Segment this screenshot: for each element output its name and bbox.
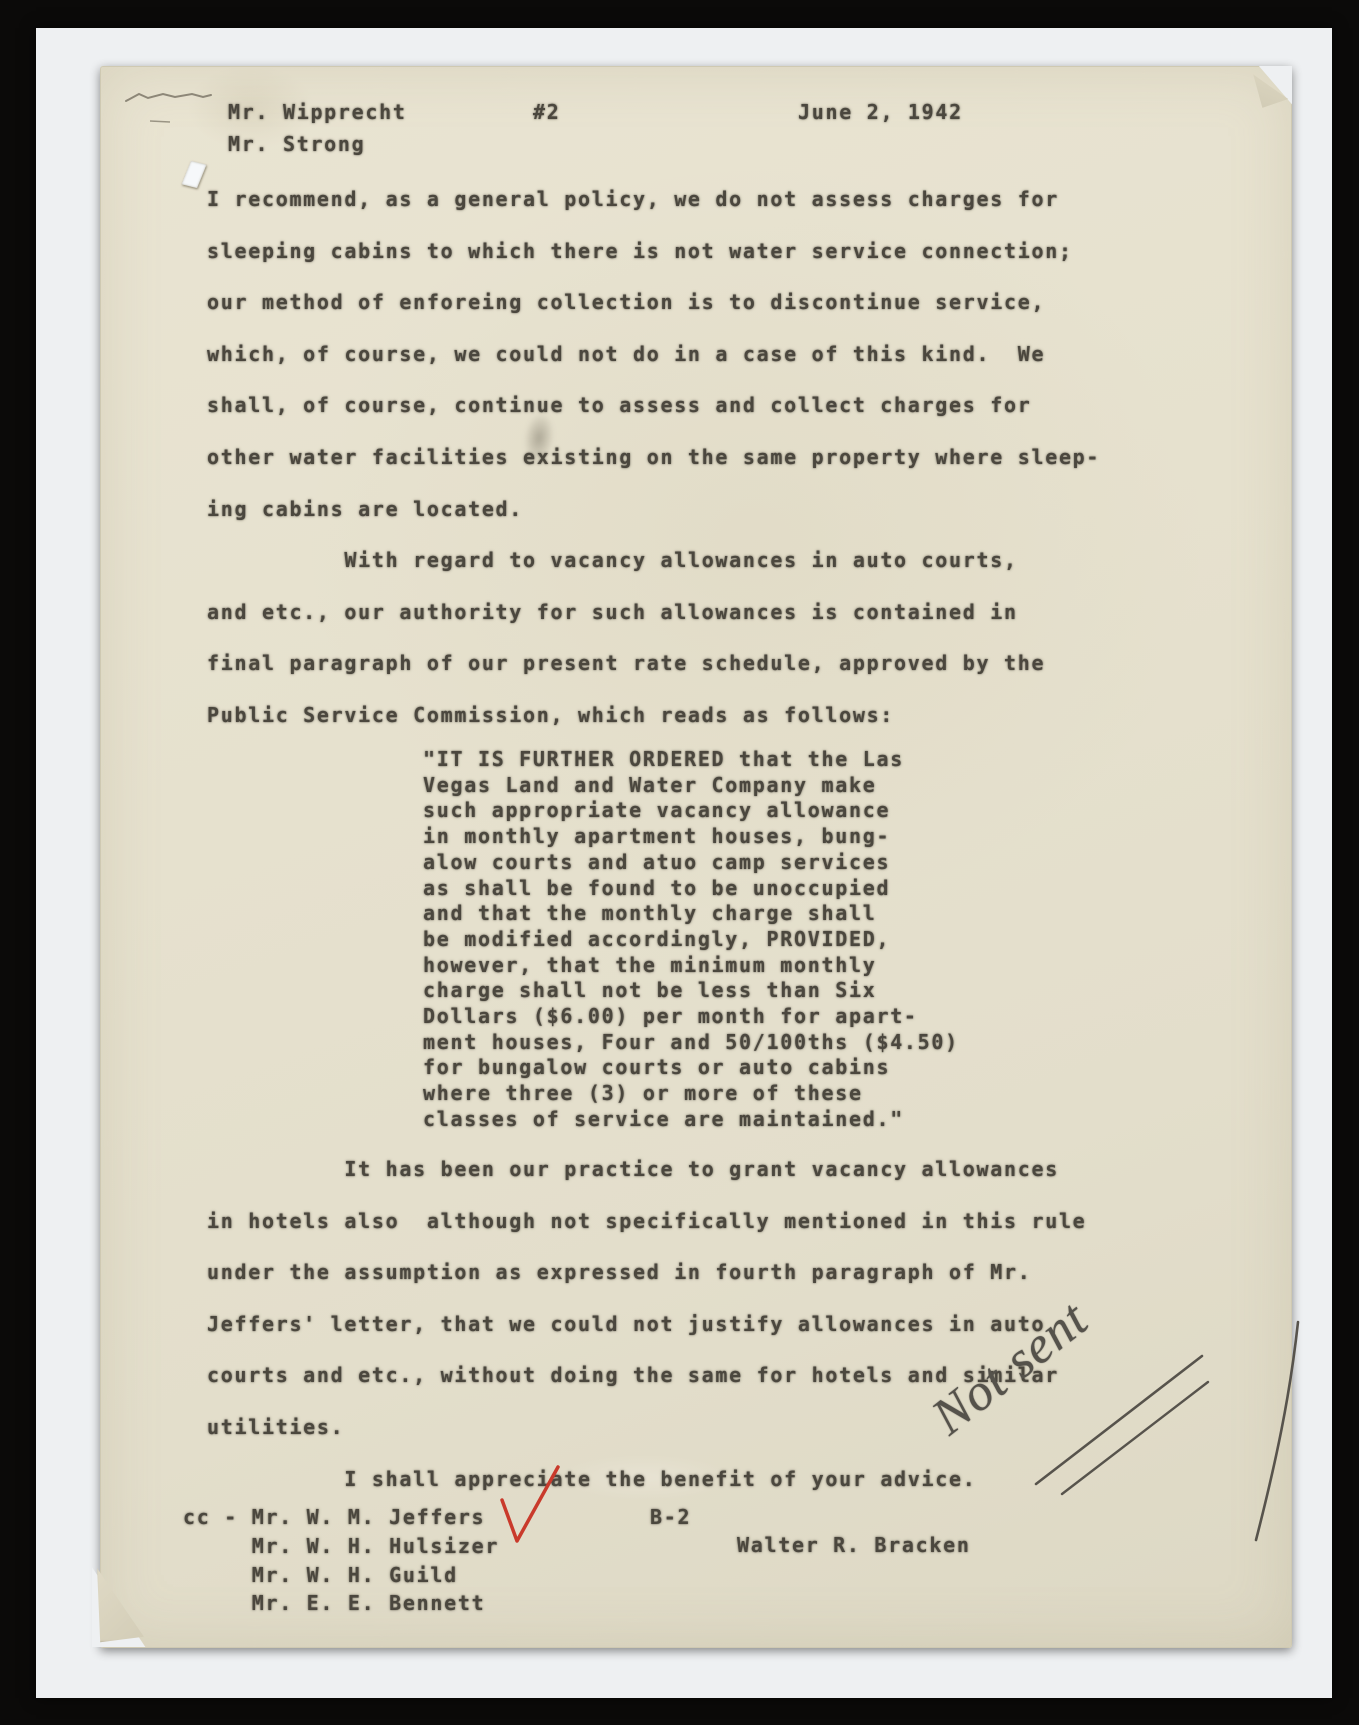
reference-code: B-2 [650,1503,691,1532]
scanned-letter: Mr. WipprechtMr. Strong #2 June 2, 1942 … [0,0,1359,1725]
body-opening-paragraphs: I recommend, as a general policy, we do … [207,174,1107,742]
cc-list: cc - Mr. W. M. Jeffers Mr. W. H. Hulsize… [183,1503,499,1618]
recipient-line-1: Mr. Wipprecht [228,100,407,124]
header-page-number: #2 [533,96,560,128]
header-date: June 2, 1942 [798,96,963,128]
body-quotation: "IT IS FURTHER ORDERED that the Las Vega… [423,747,1003,1133]
header-recipients: Mr. WipprechtMr. Strong [228,96,407,160]
recipient-line-2: Mr. Strong [228,132,365,156]
signature: Walter R. Bracken [737,1531,971,1560]
